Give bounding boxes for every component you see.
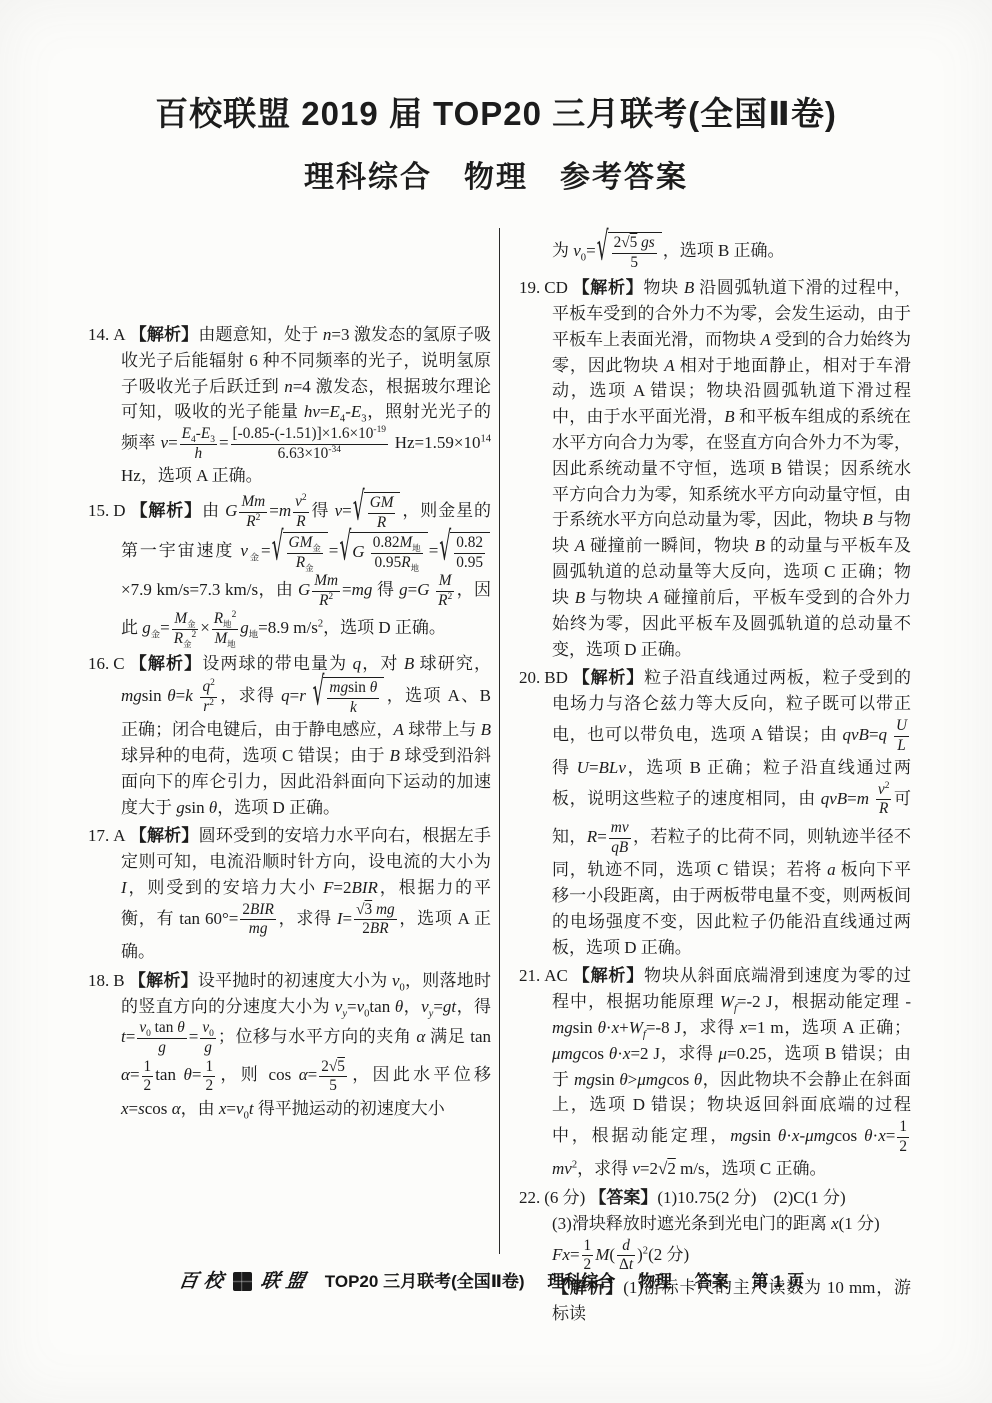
solution-text: 由题意知，处于 n=3 激发态的氢原子吸收光子后能辐射 6 种不同频率的光子，说… xyxy=(121,325,491,485)
solution-text: 设两球的带电量为 q，对 B 球研究，mgsin θ=k q2r2，求得 q=r… xyxy=(121,654,491,816)
answer-letter: CD xyxy=(544,278,568,297)
question-number: 18. xyxy=(88,971,109,990)
answer-item-14: 14.A【解析】由题意知，处于 n=3 激发态的氢原子吸收光子后能辐射 6 种不… xyxy=(88,322,491,489)
answer-item-22: 22.(6 分)【答案】(1)10.75(2 分) (2)C(1 分)(3)滑块… xyxy=(519,1185,911,1326)
page-root: 百校联盟 2019 届 TOP20 三月联考(全国Ⅱ卷) 理科综合 物理 参考答… xyxy=(0,0,992,1403)
answer-item-21: 21.AC【解析】物块从斜面底端滑到速度为零的过程中，根据功能原理 Wf=-2 … xyxy=(519,963,911,1182)
answer-letter: BD xyxy=(544,668,568,687)
solution-text: (1)10.75(2 分) (2)C(1 分)(3)滑块释放时遮光条到光电门的距… xyxy=(552,1188,911,1323)
answer-letter: B xyxy=(113,971,124,990)
answer-letter: A xyxy=(113,325,125,344)
question-number: 19. xyxy=(519,278,540,297)
analysis-tag: 【解析】 xyxy=(130,501,203,520)
question-number: 14. xyxy=(88,325,109,344)
question-number: 15. xyxy=(88,501,109,520)
footer-answer-label: 答案 xyxy=(695,1272,729,1291)
answer-item-20: 20.BD【解析】粒子沿直线通过两板，粒子受到的电场力与洛仑兹力等大反向，粒子既… xyxy=(519,665,911,960)
solution-text: 粒子沿直线通过两板，粒子受到的电场力与洛仑兹力等大反向，粒子既可以带正电，也可以… xyxy=(552,668,911,956)
answer-item-18-continued: 为 v0=√2√5 gs5，选项 B 正确。 xyxy=(519,232,911,272)
solution-text: 圆环受到的安培力水平向右，根据左手定则可知，电流沿顺时针方向，设电流的大小为 I… xyxy=(121,826,491,961)
analysis-tag: 【解析】 xyxy=(572,278,644,297)
alliance-seal-icon xyxy=(233,1272,252,1291)
column-divider xyxy=(499,228,500,1254)
solution-text: 物块从斜面底端滑到速度为零的过程中，根据功能原理 Wf=-2 J，根据动能定理 … xyxy=(552,966,911,1178)
footer-course: 物理 xyxy=(638,1272,672,1291)
answer-letter: A xyxy=(113,826,125,845)
question-number: 16. xyxy=(88,654,109,673)
answer-letter: AC xyxy=(544,966,568,985)
solution-text: 由 GMmR2=mv2R得 v=√GMR，则金星的第一宇宙速度 v金=√GM金R… xyxy=(121,501,491,637)
solution-text: 为 v0=√2√5 gs5，选项 B 正确。 xyxy=(552,241,785,260)
answer-item-19: 19.CD【解析】物块 B 沿圆弧轨道下滑的过程中，平板车受到的合外力不为零，会… xyxy=(519,275,911,662)
question-number: 17. xyxy=(88,826,109,845)
analysis-tag: 【解析】 xyxy=(129,654,203,673)
answer-item-17: 17.A【解析】圆环受到的安培力水平向右，根据左手定则可知，电流沿顺时针方向，设… xyxy=(88,823,491,964)
page-footer: 百校 联盟 TOP20 三月联考(全国Ⅱ卷) 理科综合 物理 答案 第 1 页 xyxy=(0,1266,992,1293)
analysis-tag: 【解析】 xyxy=(130,826,199,845)
answers-right-column: 为 v0=√2√5 gs5，选项 B 正确。 19.CD【解析】物块 B 沿圆弧… xyxy=(519,232,911,1330)
answer-letter: (6 分) xyxy=(544,1188,585,1207)
footer-page-number: 第 1 页 xyxy=(752,1272,805,1291)
exam-subtitle: 理科综合 物理 参考答案 xyxy=(0,152,992,196)
solution-text: 物块 B 沿圆弧轨道下滑的过程中，平板车受到的合外力不为零，会发生运动，由于平板… xyxy=(552,278,911,659)
alliance-logo-right: 联盟 xyxy=(259,1266,313,1293)
analysis-tag: 【解析】 xyxy=(129,971,198,990)
solution-text: 设平抛时的初速度大小为 v0，则落地时的竖直方向的分速度大小为 vy=v0tan… xyxy=(121,971,491,1118)
answer-letter: C xyxy=(113,654,124,673)
question-number: 21. xyxy=(519,966,540,985)
footer-exam-name: TOP20 三月联考(全国Ⅱ卷) xyxy=(325,1272,525,1291)
question-number: 22. xyxy=(519,1188,540,1207)
answer-item-15: 15.D【解析】由 GMmR2=mv2R得 v=√GMR，则金星的第一宇宙速度 … xyxy=(88,492,491,648)
analysis-tag: 【解析】 xyxy=(572,668,644,687)
analysis-tag: 【解析】 xyxy=(572,966,644,985)
answers-left-column: 14.A【解析】由题意知，处于 n=3 激发态的氢原子吸收光子后能辐射 6 种不… xyxy=(88,322,491,1124)
answer-item-16: 16.C【解析】设两球的带电量为 q，对 B 球研究，mgsin θ=k q2r… xyxy=(88,651,491,820)
alliance-logo-left: 百校 xyxy=(177,1266,231,1293)
question-number: 20. xyxy=(519,668,540,687)
footer-subject: 理科综合 xyxy=(547,1272,615,1291)
answer-tag: 【答案】 xyxy=(589,1188,657,1207)
analysis-tag: 【解析】 xyxy=(130,325,199,344)
answer-item-18: 18.B【解析】设平抛时的初速度大小为 v0，则落地时的竖直方向的分速度大小为 … xyxy=(88,968,491,1122)
answer-letter: D xyxy=(113,501,125,520)
exam-title: 百校联盟 2019 届 TOP20 三月联考(全国Ⅱ卷) xyxy=(0,88,992,135)
